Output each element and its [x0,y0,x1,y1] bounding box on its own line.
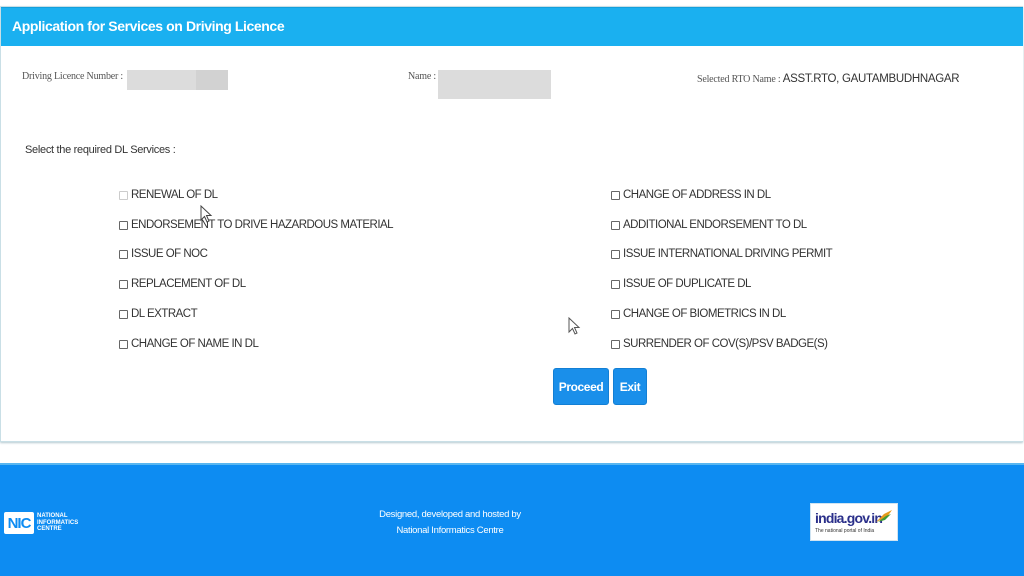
india-portal-leaf-icon [875,509,893,523]
service-label: ADDITIONAL ENDORSEMENT TO DL [623,219,807,231]
india-portal-tagline: The national portal of India [815,528,874,534]
checkbox[interactable] [119,340,128,349]
mouse-cursor-icon [200,205,214,225]
service-label: ISSUE OF DUPLICATE DL [623,278,751,290]
checkbox[interactable] [119,221,128,230]
proceed-button[interactable]: Proceed [553,368,609,405]
service-label: CHANGE OF NAME IN DL [131,338,258,350]
dl-number-label: Driving Licence Number : [22,71,123,82]
service-additional-endorsement[interactable]: ADDITIONAL ENDORSEMENT TO DL [611,219,807,231]
service-change-of-biometrics[interactable]: CHANGE OF BIOMETRICS IN DL [611,308,786,320]
service-issue-of-noc[interactable]: ISSUE OF NOC [119,248,207,260]
checkbox[interactable] [119,191,128,200]
service-label: REPLACEMENT OF DL [131,278,246,290]
checkbox[interactable] [119,310,128,319]
checkbox[interactable] [611,310,620,319]
nic-logo-text: NATIONAL INFORMATICS CENTRE [37,513,78,533]
service-renewal-of-dl[interactable]: RENEWAL OF DL [119,189,218,201]
footer: NIC NATIONAL INFORMATICS CENTRE Designed… [0,463,1024,576]
service-label: ENDORSEMENT TO DRIVE HAZARDOUS MATERIAL [131,219,393,231]
rto-value: ASST.RTO, GAUTAMBUDHNAGAR [783,73,960,85]
rto-info: Selected RTO Name : ASST.RTO, GAUTAMBUDH… [697,73,959,85]
panel-header: Application for Services on Driving Lice… [1,7,1023,46]
service-label: ISSUE INTERNATIONAL DRIVING PERMIT [623,248,832,260]
rto-label: Selected RTO Name : [697,74,780,85]
nic-logo-mark: NIC [4,512,34,534]
service-label: CHANGE OF ADDRESS IN DL [623,189,771,201]
redaction-block [196,70,228,90]
name-label: Name : [408,71,436,82]
page-title: Application for Services on Driving Lice… [12,18,284,34]
service-surrender-cov-psv[interactable]: SURRENDER OF COV(S)/PSV BADGE(S) [611,338,827,350]
mouse-cursor-icon [568,317,582,337]
checkbox[interactable] [611,221,620,230]
india-gov-logo[interactable]: india.gov.in The national portal of Indi… [810,503,898,541]
service-replacement-of-dl[interactable]: REPLACEMENT OF DL [119,278,246,290]
service-label: RENEWAL OF DL [131,189,218,201]
service-label: SURRENDER OF COV(S)/PSV BADGE(S) [623,338,827,350]
checkbox[interactable] [119,250,128,259]
credit-line: Designed, developed and hosted by [350,507,550,523]
service-label: CHANGE OF BIOMETRICS IN DL [623,308,786,320]
service-label: ISSUE OF NOC [131,248,207,260]
name-value-redacted [438,70,551,99]
checkbox[interactable] [611,280,620,289]
exit-button[interactable]: Exit [613,368,647,405]
service-international-permit[interactable]: ISSUE INTERNATIONAL DRIVING PERMIT [611,248,832,260]
checkbox[interactable] [611,191,620,200]
india-portal-name: india.gov.in [815,510,882,526]
service-label: DL EXTRACT [131,308,197,320]
checkbox[interactable] [611,340,620,349]
services-label: Select the required DL Services : [25,144,176,156]
checkbox[interactable] [611,250,620,259]
service-duplicate-dl[interactable]: ISSUE OF DUPLICATE DL [611,278,751,290]
footer-credit: Designed, developed and hosted by Nation… [350,507,550,539]
nic-logo[interactable]: NIC NATIONAL INFORMATICS CENTRE [4,512,78,534]
service-change-of-address[interactable]: CHANGE OF ADDRESS IN DL [611,189,771,201]
service-endorsement-hazardous[interactable]: ENDORSEMENT TO DRIVE HAZARDOUS MATERIAL [119,219,393,231]
service-change-of-name[interactable]: CHANGE OF NAME IN DL [119,338,258,350]
checkbox[interactable] [119,280,128,289]
credit-line: National Informatics Centre [350,523,550,539]
nic-line: CENTRE [37,526,78,533]
service-dl-extract[interactable]: DL EXTRACT [119,308,197,320]
